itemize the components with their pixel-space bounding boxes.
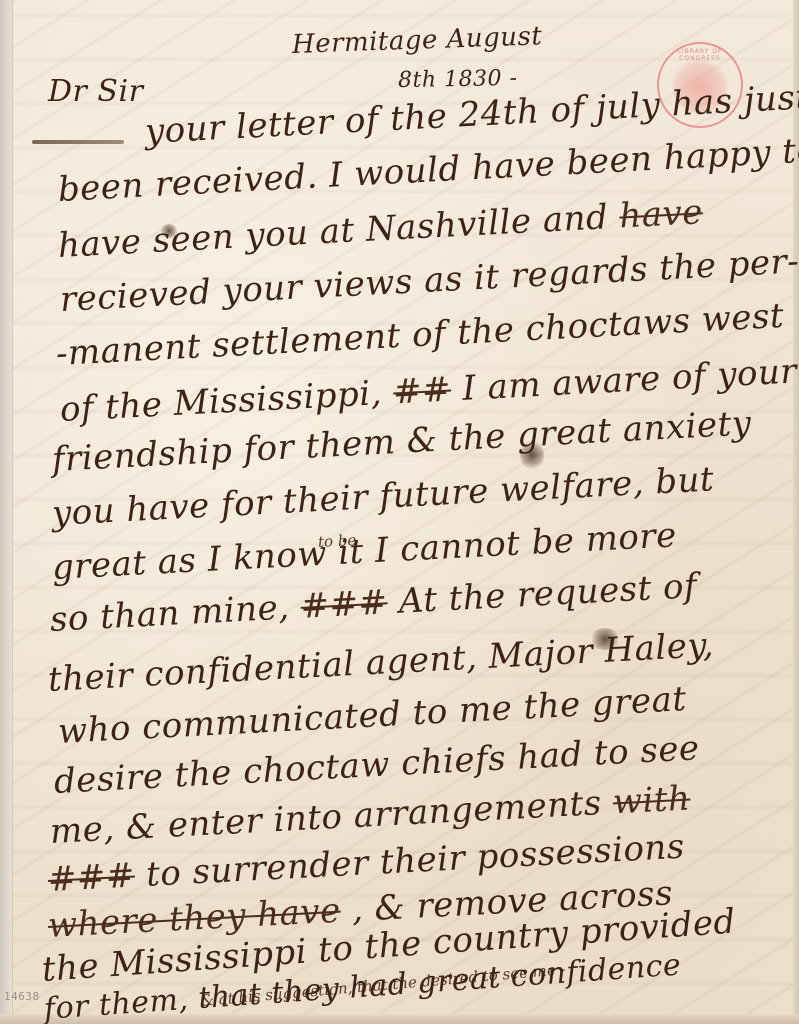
- ink-blot: [520, 440, 544, 470]
- ink-blot: [160, 224, 178, 238]
- letter-line-6-text: of the Mississippi,: [59, 373, 383, 430]
- letter-salutation: Dr Sir: [48, 74, 143, 109]
- letter-line-10-text: so than mine,: [49, 587, 290, 639]
- dash-mark: [32, 140, 124, 144]
- struck-text: have: [618, 192, 703, 236]
- catalog-number: 14638: [4, 990, 40, 1003]
- letter-line-6-continuation: I am aware of your: [461, 351, 798, 408]
- letter-line-9-text: great as I know it: [51, 532, 365, 588]
- struck-text: ##: [392, 370, 452, 413]
- struck-text: ###: [47, 855, 136, 899]
- page-left-edge: [0, 0, 13, 1024]
- struck-text: ###: [300, 582, 389, 626]
- letter-line-10-continuation: At the request of: [398, 566, 698, 622]
- letter-line-9-continuation: I cannot be more: [374, 515, 678, 571]
- struck-text: that: [474, 1000, 529, 1024]
- letter-date: 8th 1830 -: [398, 66, 518, 93]
- struck-text: with: [612, 778, 692, 822]
- letter-place: Hermitage August: [291, 21, 542, 60]
- ink-blot: [590, 628, 620, 650]
- letter-page: LIBRARY OF CONGRESS Hermitage August 8th…: [0, 0, 799, 1024]
